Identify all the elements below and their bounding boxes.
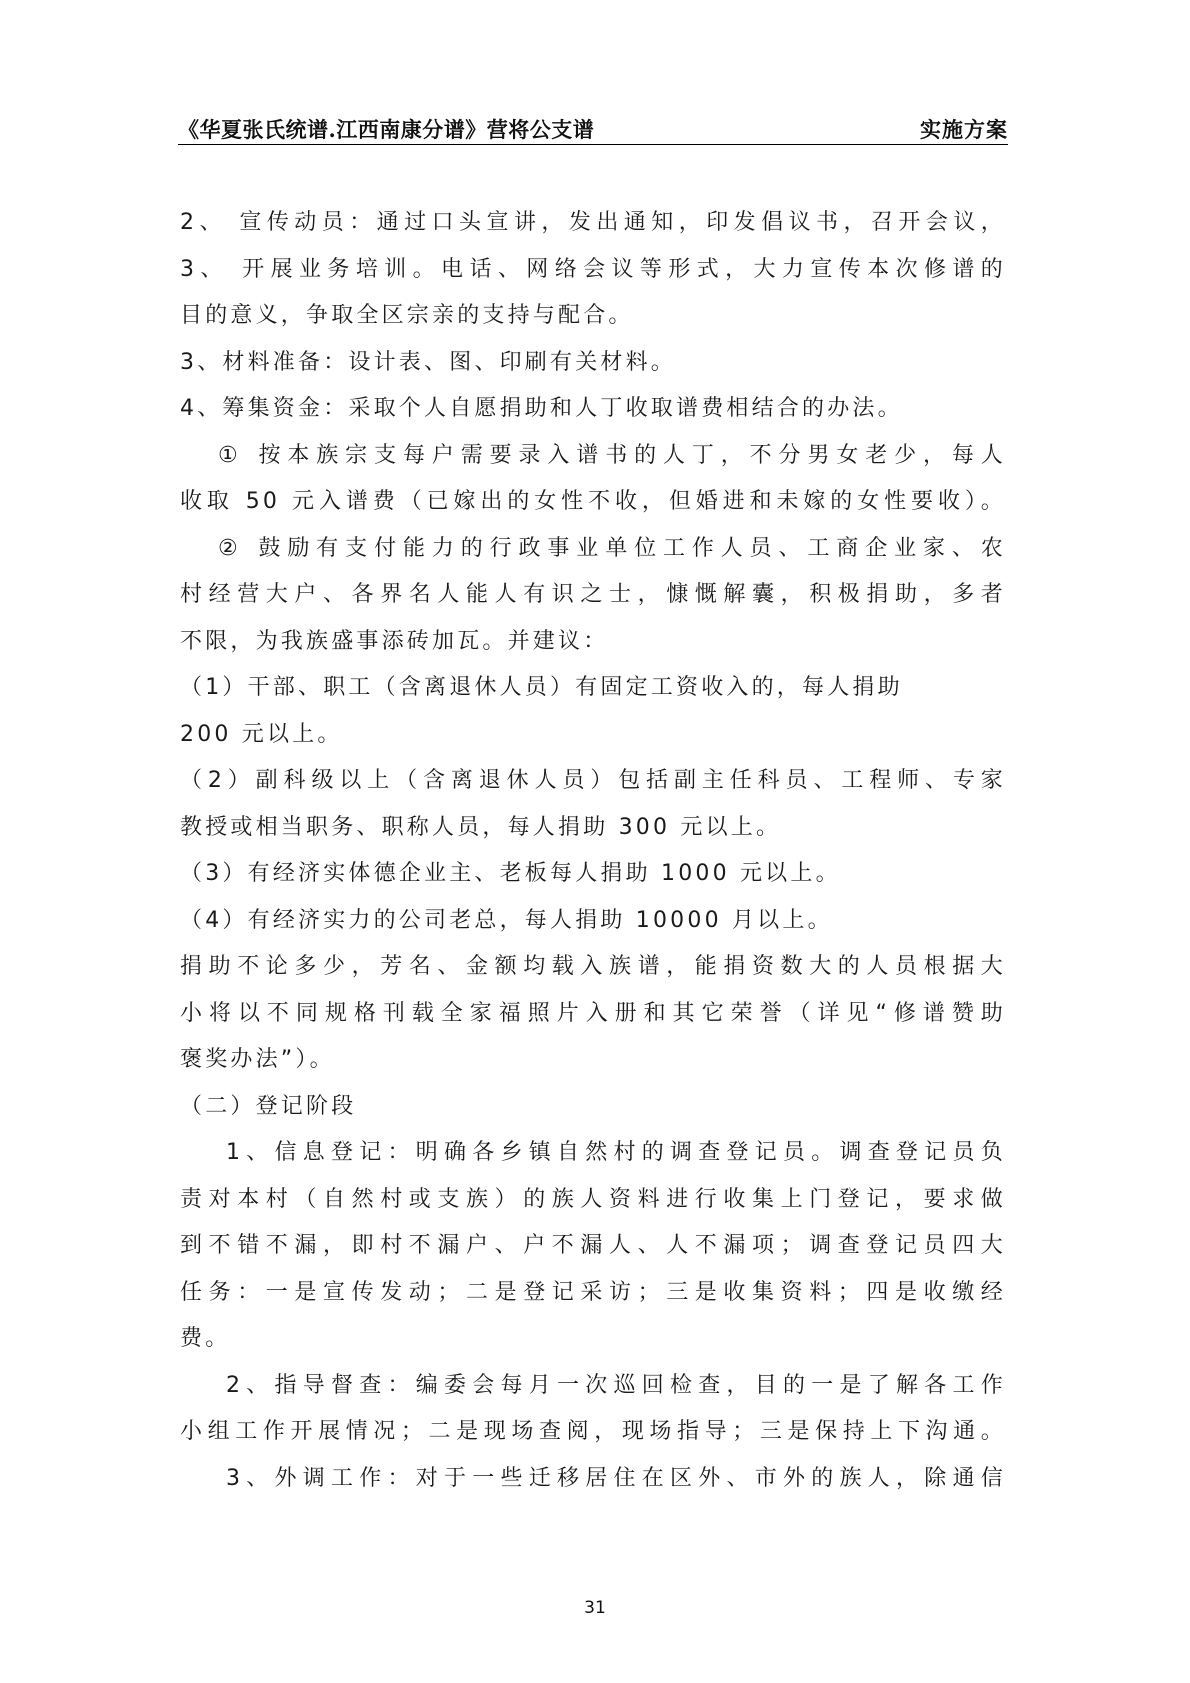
text-line: 教授或相当职务、职称人员，每人捐助 300 元以上。 <box>180 805 1006 852</box>
text-line: 2、指导督查：编委会每月一次巡回检查，目的一是了解各工作 <box>180 1363 1006 1410</box>
text-line: 收取 50 元入谱费（已嫁出的女性不收，但婚进和未嫁的女性要收）。 <box>180 479 1006 526</box>
text-line: 捐助不论多少，芳名、金额均载入族谱，能捐资数大的人员根据大 <box>180 944 1006 991</box>
text-line: 小组工作开展情况；二是现场查阅，现场指导；三是保持上下沟通。 <box>180 1409 1006 1456</box>
text-line: 目的意义，争取全区宗亲的支持与配合。 <box>180 293 1006 340</box>
document-body: 2、 宣传动员：通过口头宣讲，发出通知，印发倡议书，召开会议，3、 开展业务培训… <box>180 200 1006 1502</box>
text-line: 到不错不漏，即村不漏户、户不漏人、人不漏项；调查登记员四大 <box>180 1223 1006 1270</box>
page-header: 《华夏张氏统谱.江西南康分谱》营将公支谱 实施方案 <box>178 112 1008 145</box>
text-line: 褒奖办法”）。 <box>180 1037 1006 1084</box>
text-line: （4）有经济实力的公司老总，每人捐助 10000 月以上。 <box>180 898 1006 945</box>
text-line: 3、外调工作：对于一些迁移居住在区外、市外的族人，除通信 <box>180 1456 1006 1503</box>
text-line: （1）干部、职工（含离退休人员）有固定工资收入的，每人捐助 <box>180 665 1006 712</box>
text-line: 任务：一是宣传发动；二是登记采访；三是收集资料；四是收缴经 <box>180 1270 1006 1317</box>
text-line: （3）有经济实体德企业主、老板每人捐助 1000 元以上。 <box>180 851 1006 898</box>
text-line: 200 元以上。 <box>180 712 1006 759</box>
text-line: 4、筹集资金：采取个人自愿捐助和人丁收取谱费相结合的办法。 <box>180 386 1006 433</box>
text-line: 2、 宣传动员：通过口头宣讲，发出通知，印发倡议书，召开会议， <box>180 200 1006 247</box>
text-line: （二）登记阶段 <box>180 1084 1006 1131</box>
text-line: 责对本村（自然村或支族）的族人资料进行收集上门登记，要求做 <box>180 1177 1006 1224</box>
section-title: 实施方案 <box>920 114 1008 144</box>
document-title: 《华夏张氏统谱.江西南康分谱》营将公支谱 <box>178 114 594 144</box>
text-line: 3、材料准备：设计表、图、印刷有关材料。 <box>180 340 1006 387</box>
text-line: ② 鼓励有支付能力的行政事业单位工作人员、工商企业家、农 <box>180 526 1006 573</box>
text-line: （2）副科级以上（含离退休人员）包括副主任科员、工程师、专家 <box>180 758 1006 805</box>
text-line: 费。 <box>180 1316 1006 1363</box>
text-line: 3、 开展业务培训。电话、网络会议等形式，大力宣传本次修谱的 <box>180 247 1006 294</box>
text-line: 1、信息登记：明确各乡镇自然村的调查登记员。调查登记员负 <box>180 1130 1006 1177</box>
text-line: 不限，为我族盛事添砖加瓦。并建议： <box>180 619 1006 666</box>
page-number: 31 <box>0 1598 1190 1618</box>
text-line: 小将以不同规格刊载全家福照片入册和其它荣誉（详见“修谱赞助 <box>180 991 1006 1038</box>
text-line: 村经营大户、各界名人能人有识之士，慷慨解囊，积极捐助，多者 <box>180 572 1006 619</box>
text-line: ① 按本族宗支每户需要录入谱书的人丁，不分男女老少，每人 <box>180 433 1006 480</box>
